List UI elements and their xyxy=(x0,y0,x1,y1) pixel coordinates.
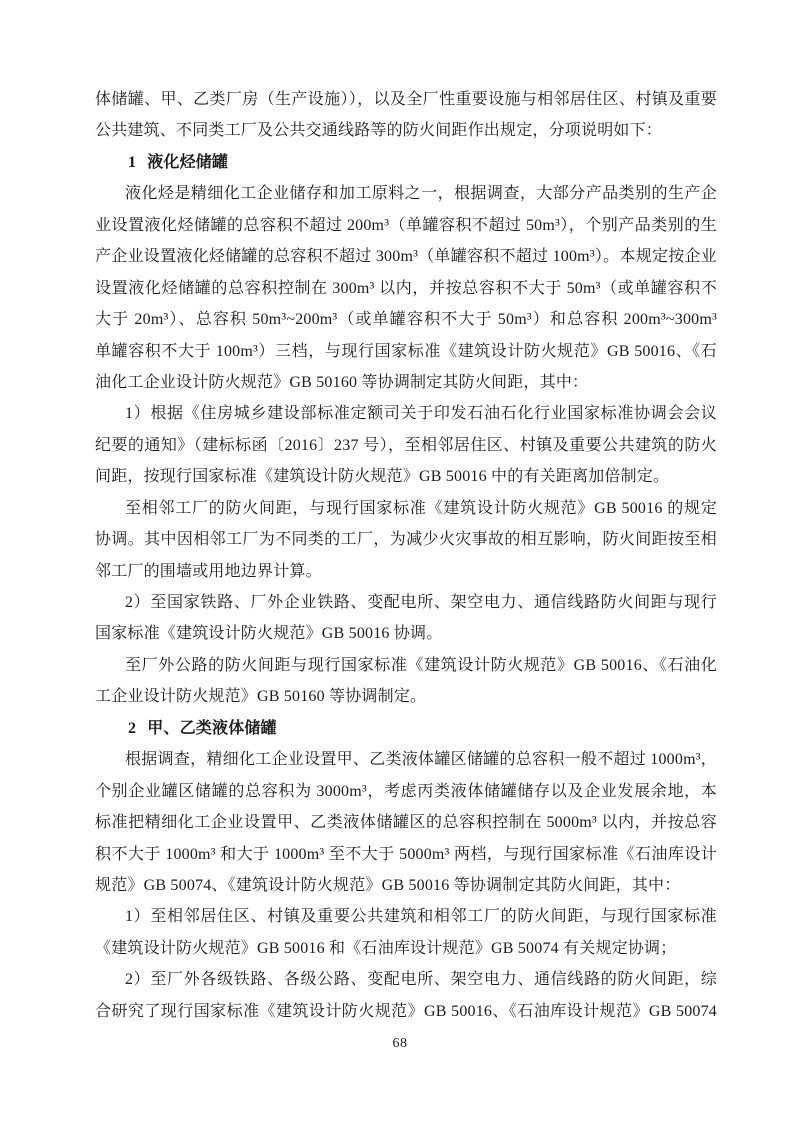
text-line: 规范》GB 50074、《建筑设计防火规范》GB 50016 等协调制定其防火间… xyxy=(95,870,717,901)
text-line: 体储罐、甲、乙类厂房（生产设施）），以及全厂性重要设施与相邻居住区、村镇及重要 xyxy=(95,84,717,115)
text-line: 业设置液化烃储罐的总容积不超过 200m³（单罐容积不超过 50m³），个别产品… xyxy=(95,210,717,241)
text-line: 协调。其中因相邻工厂为不同类的工厂，为减少火灾事故的相互影响，防火间距按至相 xyxy=(95,524,717,555)
text-line: 单罐容积不大于 100m³）三档，与现行国家标准《建筑设计防火规范》GB 500… xyxy=(95,336,717,367)
page-footer: 68 xyxy=(0,1036,800,1052)
text-line: 国家标准《建筑设计防火规范》GB 50016 协调。 xyxy=(95,618,717,649)
text-line: 工企业设计防火规范》GB 50160 等协调制定。 xyxy=(95,681,717,712)
heading-number: 2 xyxy=(128,720,136,737)
text-line: 根据调查，精细化工企业设置甲、乙类液体罐区储罐的总容积一般不超过 1000m³， xyxy=(95,744,717,775)
text-line: 至厂外公路的防火间距与现行国家标准《建筑设计防火规范》GB 50016、《石油化 xyxy=(95,650,717,681)
text-line: 纪要的通知》（建标标函〔2016〕237 号），至相邻居住区、村镇及重要公共建筑… xyxy=(95,430,717,461)
text-line: 标准把精细化工企业设置甲、乙类液体储罐区的总容积控制在 5000m³ 以内，并按… xyxy=(95,807,717,838)
text-line: 至相邻工厂的防火间距，与现行国家标准《建筑设计防火规范》GB 50016 的规定 xyxy=(95,493,717,524)
text-line: 大于 20m³）、总容积 50m³~200m³（或单罐容积不大于 50m³）和总… xyxy=(95,304,717,335)
text-line: 公共建筑、不同类工厂及公共交通线路等的防火间距作出规定，分项说明如下： xyxy=(95,115,717,146)
text-line: 1）根据《住房城乡建设部标准定额司关于印发石油石化行业国家标准协调会会议 xyxy=(95,398,717,429)
document-page: 体储罐、甲、乙类厂房（生产设施）），以及全厂性重要设施与相邻居住区、村镇及重要公… xyxy=(0,0,800,1131)
section-heading: 1液化烃储罐 xyxy=(95,147,717,178)
section-heading: 2甲、乙类液体储罐 xyxy=(95,713,717,744)
document-body: 体储罐、甲、乙类厂房（生产设施）），以及全厂性重要设施与相邻居住区、村镇及重要公… xyxy=(95,84,717,1027)
heading-title: 液化烃储罐 xyxy=(147,154,228,171)
text-line: 积不大于 1000m³ 和大于 1000m³ 至不大于 5000m³ 两档，与现… xyxy=(95,839,717,870)
heading-title: 甲、乙类液体储罐 xyxy=(147,720,277,737)
text-line: 间距，按现行国家标准《建筑设计防火规范》GB 50016 中的有关距离加倍制定。 xyxy=(95,461,717,492)
page-number: 68 xyxy=(393,1036,408,1051)
text-line: 设置液化烃储罐的总容积控制在 300m³ 以内，并按总容积不大于 50m³（或单… xyxy=(95,273,717,304)
text-line: 油化工企业设计防火规范》GB 50160 等协调制定其防火间距，其中： xyxy=(95,367,717,398)
heading-number: 1 xyxy=(128,154,136,171)
text-line: 产企业设置液化烃储罐的总容积不超过 300m³（单罐容积不超过 100m³）。本… xyxy=(95,241,717,272)
text-line: 1）至相邻居住区、村镇及重要公共建筑和相邻工厂的防火间距，与现行国家标准 xyxy=(95,901,717,932)
text-line: 液化烃是精细化工企业储存和加工原料之一，根据调查，大部分产品类别的生产企 xyxy=(95,178,717,209)
text-line: 合研究了现行国家标准《建筑设计防火规范》GB 50016、《石油库设计规范》GB… xyxy=(95,996,717,1027)
text-line: 2）至厂外各级铁路、各级公路、变配电所、架空电力、通信线路的防火间距，综 xyxy=(95,964,717,995)
text-line: 个别企业罐区储罐的总容积为 3000m³，考虑丙类液体储罐储存以及企业发展余地，… xyxy=(95,776,717,807)
text-line: 《建筑设计防火规范》GB 50016 和《石油库设计规范》GB 50074 有关… xyxy=(95,933,717,964)
text-line: 邻工厂的围墙或用地边界计算。 xyxy=(95,556,717,587)
text-line: 2）至国家铁路、厂外企业铁路、变配电所、架空电力、通信线路防火间距与现行 xyxy=(95,587,717,618)
